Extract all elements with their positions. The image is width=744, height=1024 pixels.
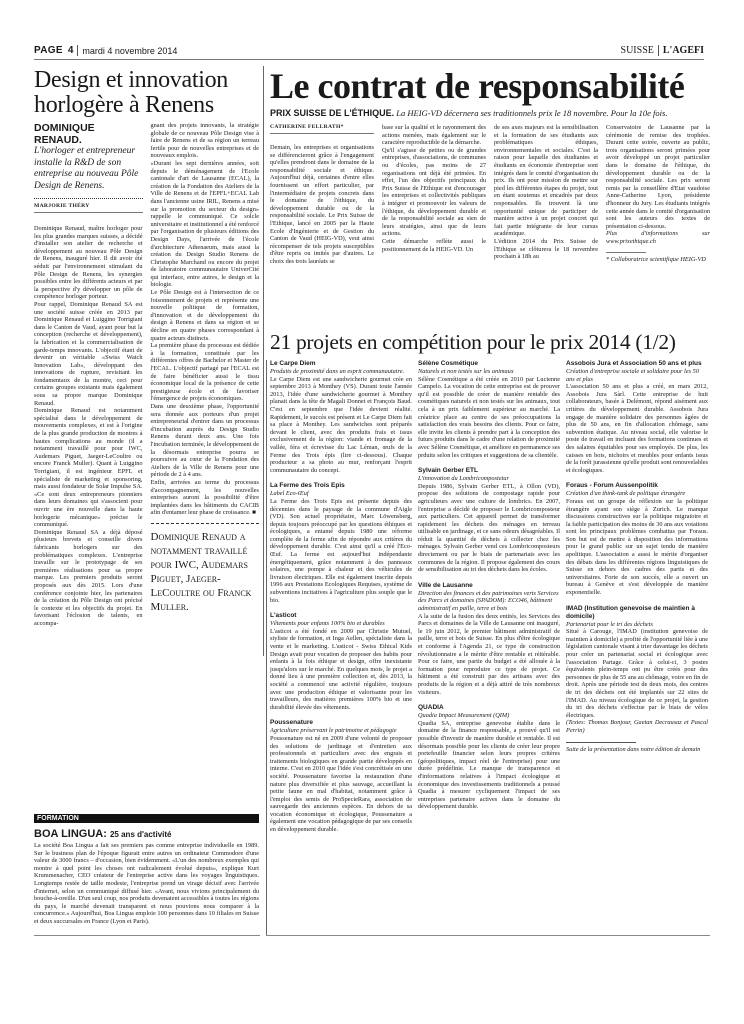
- project-tagline: Agriculture préservant le patrimoine et …: [270, 727, 412, 735]
- project-body: A la suite de la fusion des deux entités…: [418, 613, 560, 697]
- paragraph: Dominique Renaud, maître horloger pour l…: [34, 225, 143, 301]
- project-tagline: Création d'entreprise sociale et solidai…: [566, 368, 708, 383]
- project-name: QUADIA: [418, 704, 560, 712]
- column-divider: [263, 66, 264, 656]
- project-name: Assobois Jura et Association 50 ans et p…: [566, 360, 708, 368]
- project-body: L'asticot a été fondé en 2009 par Christ…: [270, 628, 412, 712]
- issue-date: mardi 4 novembre 2014: [82, 46, 177, 56]
- project-body: Foraus est un groupe de réflexion sur la…: [566, 498, 708, 597]
- project-tagline: Naturels et non testés sur les animaux: [418, 368, 560, 376]
- page-label: PAGE: [34, 45, 63, 56]
- project-body: Poussenature est né en 2009 d'une volont…: [270, 735, 412, 834]
- project-name: Sélène Cosmétique: [418, 360, 560, 368]
- paragraph: gnant des projets innovants, la stratégi…: [151, 122, 260, 160]
- project-name: L'asticot: [270, 612, 412, 620]
- paragraph: Qu'il s'agisse de petites ou de grandes …: [382, 147, 486, 238]
- main-article: Le contrat de responsabilité PRIX SUISSE…: [270, 68, 710, 266]
- project-name: Sylvain Gerber ETL: [418, 467, 560, 475]
- main-article-col-2: base sur la qualité et le rayonnement de…: [382, 124, 486, 266]
- project-body: L'association 50 ans et plus a créé, en …: [566, 383, 708, 474]
- project-tagline: Vêtements pour enfants 100% bio et durab…: [270, 620, 412, 628]
- main-article-kicker: PRIX SUISSE DE L'ÉTHIQUE.: [270, 108, 394, 118]
- more-info-link[interactable]: Plus d'informations sur www.prixethique.…: [606, 230, 710, 245]
- main-article-subtitle: PRIX SUISSE DE L'ÉTHIQUE. La HEIG-VD déc…: [270, 108, 710, 118]
- project-tagline: L'innovation du Lombricompostetur: [418, 475, 560, 483]
- bottom-rule-right: [266, 935, 710, 936]
- main-article-col-3: de ses axes majeurs est la sensibilisati…: [494, 124, 598, 266]
- main-article-byline: CATHERINE FELLRATH*: [270, 124, 374, 134]
- paragraph: de ses axes majeurs est la sensibilisati…: [494, 124, 598, 238]
- project-tagline: Direction des finances et des patrimoine…: [418, 590, 560, 613]
- project-tagline: Produits de proximité dans un esprit com…: [270, 368, 412, 376]
- paragraph: Cette démarche reflète aussi le position…: [382, 238, 486, 253]
- column-divider: [266, 360, 267, 935]
- left-article-col-1: DOMINIQUE RENAUD. L'horloger et entrepre…: [34, 122, 143, 627]
- project-name: Poussenature: [270, 719, 412, 727]
- paragraph: Pour rappel, Dominique Renaud SA est une…: [34, 301, 143, 407]
- formation-title-main: BOA LINGUA:: [34, 828, 107, 840]
- page-header: PAGE 4 mardi 4 novembre 2014 SUISSE L'AG…: [34, 40, 704, 60]
- main-article-deck: La HEIG-VD décernera ses traditionnels p…: [396, 108, 667, 118]
- paragraph: Dans une deuxième phase, l'opportunité s…: [151, 403, 260, 479]
- paragraph: La première phase du processus est dédié…: [151, 342, 260, 403]
- left-article-col-2: gnant des projets innovants, la stratégi…: [151, 122, 260, 627]
- paragraph: Demain, les entreprises et organisations…: [270, 144, 374, 266]
- projects-col-1: Le Carpe Diem Produits de proximité dans…: [270, 360, 412, 834]
- project-name: La Ferme des Trois Epis: [270, 482, 412, 490]
- project-tagline: Label Eco-Œuf: [270, 490, 412, 498]
- formation-body: La société Boa Lingua a fait ses premier…: [34, 842, 259, 926]
- section-name: SUISSE: [621, 45, 659, 56]
- formation-box: FORMATION BOA LINGUA: 25 ans d'activité …: [34, 814, 259, 926]
- footnote-rule: [606, 252, 646, 253]
- left-article-kicker: DOMINIQUE RENAUD.: [34, 122, 143, 146]
- project-body: Depuis 1986, Sylvain Gerber ETL, à Ollon…: [418, 483, 560, 574]
- left-article: Design et innovation horlogère à Renens …: [34, 68, 259, 627]
- project-body: Sélène Cosmétique a été créée en 2010 pa…: [418, 376, 560, 460]
- project-body: Quadia SA, entreprise genevoise établie …: [418, 720, 560, 811]
- projects-col-3: Assobois Jura et Association 50 ans et p…: [566, 360, 708, 834]
- projects-col-2: Sélène Cosmétique Naturels et non testés…: [418, 360, 560, 834]
- paragraph: Conservatoire de Lausanne par la cérémon…: [606, 124, 710, 230]
- main-article-title: Le contrat de responsabilité: [270, 68, 710, 104]
- credits: (Textes: Thomas Bonjour, Gaetan Decrausa…: [566, 719, 708, 734]
- formation-title-rest: 25 ans d'activité: [110, 830, 172, 839]
- project-tagline: Quadia Impact Measurement (QIM): [418, 712, 560, 720]
- pull-quote: Dominique Renaud a notamment travaillé p…: [151, 523, 260, 614]
- continued-rule: [566, 742, 636, 743]
- paragraph: Le Pôle Design est à l'intersection de c…: [151, 289, 260, 342]
- left-article-byline: MARJORIE THÉRY: [34, 203, 143, 213]
- paragraph: Enfin, arrivées au terme du processus d'…: [151, 479, 260, 517]
- projects-list: Le Carpe Diem Produits de proximité dans…: [270, 360, 710, 834]
- page-number: 4: [68, 45, 79, 56]
- bottom-rule-left: [34, 935, 260, 936]
- project-tagline: Création d'un think-tank de politique ét…: [566, 490, 708, 498]
- left-article-deck: L'horloger et entrepreneur installe la R…: [34, 146, 143, 192]
- projects-title: 21 projets en compétition pour le prix 2…: [270, 330, 676, 354]
- project-name: IMAD (Institution genevoise de maintien …: [566, 605, 708, 621]
- continued-note: Suite de la présentation dans notre édit…: [566, 746, 708, 754]
- project-body: Le Carpe Diem est une sandwicherie gourm…: [270, 376, 412, 475]
- paragraph: «Durant les sept dernières années, soit …: [151, 160, 260, 289]
- footnote: * Collaboratrice scientifique HEIG-VD: [606, 256, 710, 264]
- project-body: Situé à Carouge, l'IMAD (institution gen…: [566, 628, 708, 719]
- project-name: Le Carpe Diem: [270, 360, 412, 368]
- main-article-col-4: Conservatoire de Lausanne par la cérémon…: [606, 124, 710, 266]
- paragraph: Dominique Renaud SA a déjà déposé plusie…: [34, 529, 143, 628]
- project-name: Foraus - Forum Aussenpolitik: [566, 482, 708, 490]
- paragraph: Dominique Renaud est notamment spécialis…: [34, 407, 143, 529]
- brand-logo: L'AGEFI: [663, 45, 704, 56]
- dotted-divider: [34, 198, 143, 199]
- project-tagline: Partenariat pour le tri des déchets: [566, 621, 708, 629]
- left-article-title: Design et innovation horlogère à Renens: [34, 68, 259, 118]
- project-body: La Ferme des Trois Epis est présente dep…: [270, 498, 412, 604]
- paragraph: base sur la qualité et le rayonnement de…: [382, 124, 486, 147]
- project-name: Ville de Lausanne: [418, 582, 560, 590]
- formation-section-bar: FORMATION: [34, 814, 259, 823]
- main-article-col-1: CATHERINE FELLRATH* Demain, les entrepri…: [270, 124, 374, 266]
- paragraph: L'édition 2014 du Prix Suisse de l'Ethiq…: [494, 238, 598, 261]
- formation-title: BOA LINGUA: 25 ans d'activité: [34, 828, 259, 841]
